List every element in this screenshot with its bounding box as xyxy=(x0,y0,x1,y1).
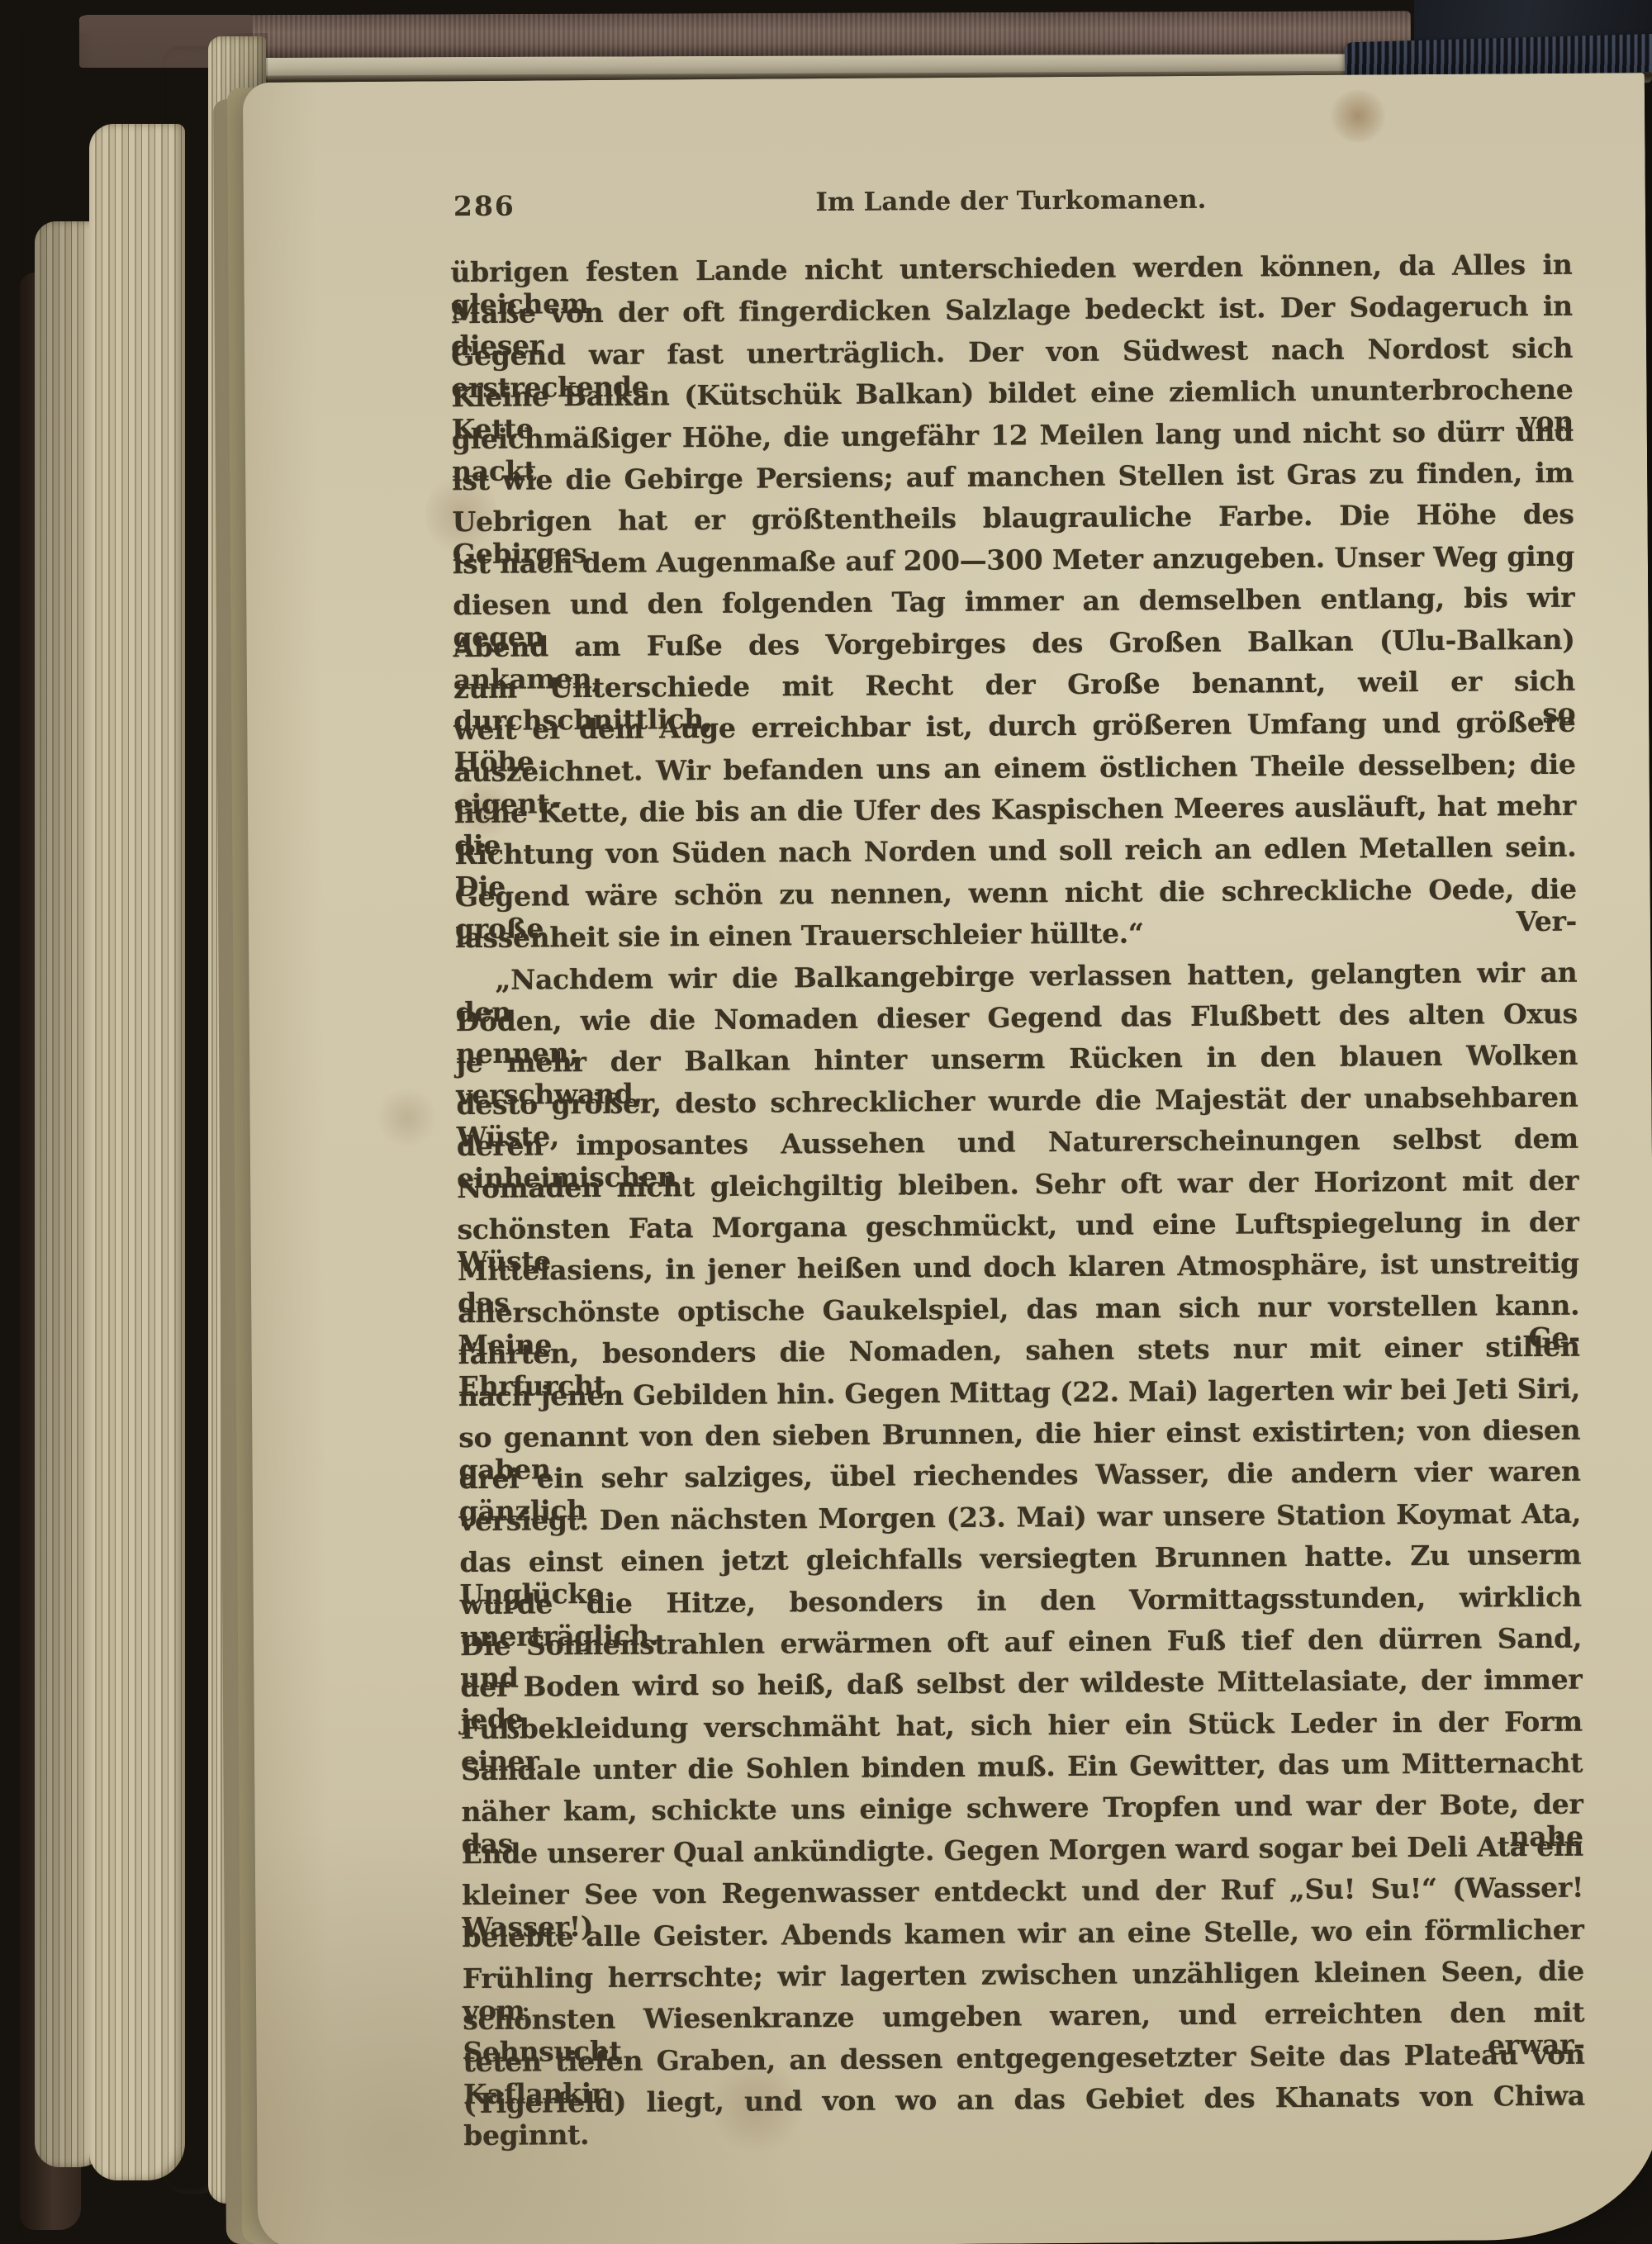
paper-stain xyxy=(1329,89,1387,142)
paper-stain xyxy=(373,1089,439,1147)
text-line: Gegend wäre schön zu nennen, wenn nicht … xyxy=(455,873,1577,923)
page-header: 286 Im Lande der Turkomanen. xyxy=(450,183,1572,228)
scanned-book-photo: 286 Im Lande der Turkomanen. übrigen fes… xyxy=(0,0,1652,2244)
paragraph: übrigen festen Lande nicht unterschieden… xyxy=(450,249,1577,964)
paragraph: „Nachdem wir die Balkangebirge verlassen… xyxy=(455,956,1585,2128)
book-cover-cloth-edge xyxy=(79,11,1411,59)
running-title: Im Lande der Turkomanen. xyxy=(450,183,1572,220)
page-text: 286 Im Lande der Turkomanen. übrigen fes… xyxy=(450,183,1585,2129)
text-line: (Tigerfeld) liegt, und von wo an das Geb… xyxy=(463,2080,1585,2129)
book-page: 286 Im Lande der Turkomanen. übrigen fes… xyxy=(243,73,1652,2244)
text-line: schönsten Wiesenkranze umgeben waren, un… xyxy=(463,1996,1584,2046)
text-line: näher kam, schickte uns einige schwere T… xyxy=(461,1788,1583,1838)
text-line: Kleine Balkan (Kütschük Balkan) bildet e… xyxy=(451,373,1573,423)
